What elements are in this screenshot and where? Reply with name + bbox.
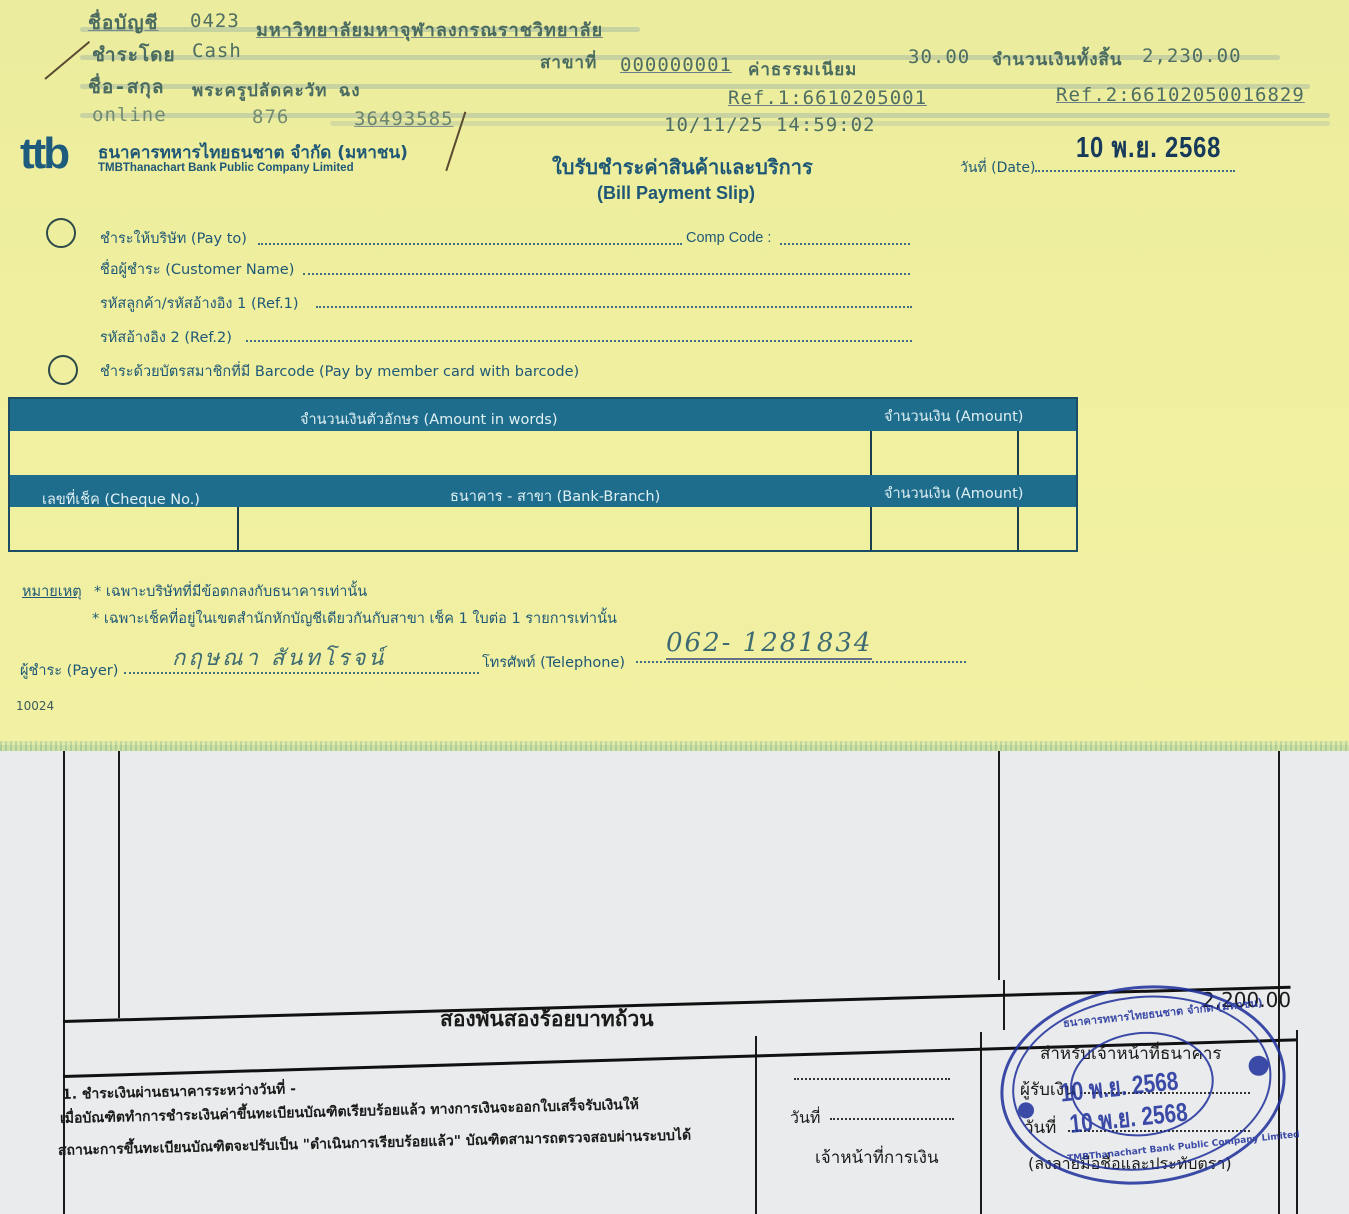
branch-label: สาขาที่: [540, 49, 597, 76]
comp-code-field[interactable]: [780, 243, 910, 245]
cheque-number-cell[interactable]: [10, 507, 237, 550]
instruction-1: 1. ชำระเงินผ่านธนาคารระหว่างวันที่ -: [62, 1078, 297, 1106]
note-2: * เฉพาะเช็คที่อยู่ในเขตสำนักหักบัญชีเดีย…: [92, 607, 617, 630]
amount-header-row: จำนวนเงินตัวอักษร (Amount in words) จำนว…: [10, 399, 1076, 431]
date-field[interactable]: [1035, 170, 1235, 172]
account-name: มหาวิทยาลัยมหาจุฬาลงกรณราชวิทยาลัย: [256, 15, 603, 44]
amount-words-cell[interactable]: [10, 431, 870, 475]
registration-invoice: สองพันสองร้อยบาทถ้วน 2,200.00 1. ชำระเงิ…: [0, 700, 1349, 1214]
amount-header-2: จำนวนเงิน (Amount): [884, 482, 1023, 505]
slip-title-thai: ใบรับชำระค่าสินค้าและบริการ: [552, 151, 813, 183]
instruction-3: สถานะการขึ้นทะเบียนบัณฑิตจะปรับเป็น "ดำเ…: [58, 1125, 692, 1162]
pay-to-field[interactable]: [258, 243, 682, 245]
account-label: ชื่อบัญชี: [88, 8, 158, 38]
member-card-radio[interactable]: [48, 355, 78, 385]
payer-name: พระครูปลัดคะวัท ฉง: [192, 77, 361, 104]
ttb-logo: ttb: [20, 134, 67, 174]
ref2-label: รหัสอ้างอิง 2 (Ref.2): [100, 326, 232, 349]
total-value: 2,230.00: [1142, 45, 1242, 67]
ref1-label: รหัสลูกค้า/รหัสอ้างอิง 1 (Ref.1): [100, 292, 299, 315]
ref2-printed: Ref.2:66102050016829: [1056, 84, 1305, 106]
ref1-field[interactable]: [316, 306, 912, 308]
finance-date-field[interactable]: [830, 1118, 954, 1120]
amount-header: จำนวนเงิน (Amount): [884, 405, 1023, 428]
customer-name-label: ชื่อผู้ชำระ (Customer Name): [100, 258, 294, 281]
bank-branch-cell[interactable]: [239, 507, 870, 550]
total-label: จำนวนเงินทั้งสิ้น: [992, 46, 1123, 73]
fee-value: 30.00: [908, 46, 970, 68]
note-label: หมายเหตุ: [22, 580, 82, 603]
form-number: 10024: [16, 699, 54, 713]
bank-branch-header: ธนาคาร - สาขา (Bank-Branch): [450, 485, 660, 508]
amount-in-words: สองพันสองร้อยบาทถ้วน: [440, 1003, 654, 1036]
transaction-number: 36493585: [354, 108, 454, 130]
finance-signature-field[interactable]: [794, 1078, 950, 1080]
member-card-label: ชำระด้วยบัตรสมาชิกที่มี Barcode (Pay by …: [100, 360, 579, 383]
amount-words-header: จำนวนเงินตัวอักษร (Amount in words): [300, 408, 557, 431]
comp-code-label: Comp Code :: [686, 230, 771, 246]
date-label: วันที่ (Date): [960, 157, 1036, 179]
cheque-header-row: เลขที่เช็ค (Cheque No.) ธนาคาร - สาขา (B…: [10, 475, 1076, 507]
branch-number: 000000001: [620, 54, 732, 76]
slip-title-english: (Bill Payment Slip): [597, 183, 755, 204]
amount-cell[interactable]: [872, 431, 1017, 475]
bank-stamp: ธนาคารทหารไทยธนชาต จำกัด (มหาชน) TMBThan…: [990, 972, 1295, 1199]
note-1: * เฉพาะบริษัทที่มีข้อตกลงกับธนาคารเท่านั…: [94, 580, 367, 603]
customer-name-field[interactable]: [303, 273, 910, 275]
pay-to-label: ชำระให้บริษัท (Pay to): [100, 227, 247, 250]
finance-officer-label: เจ้าหน้าที่การเงิน: [815, 1144, 939, 1171]
pay-by-label: ชำระโดย: [92, 40, 176, 70]
ref1-printed: Ref.1:6610205001: [728, 87, 927, 109]
teller-code: 876: [252, 106, 289, 128]
channel: online: [92, 104, 167, 126]
fee-label: ค่าธรรมเนียม: [748, 56, 857, 83]
account-number: 0423: [190, 10, 240, 32]
pay-to-radio[interactable]: [46, 218, 76, 248]
name-label: ชื่อ-สกุล: [88, 72, 165, 102]
telephone-label: โทรศัพท์ (Telephone): [482, 651, 625, 674]
telephone-field[interactable]: [636, 661, 966, 663]
print-datetime: 10/11/25 14:59:02: [664, 114, 875, 136]
cheque-amount-cell[interactable]: [872, 507, 1017, 550]
ref2-field[interactable]: [246, 340, 912, 342]
bank-name-english: TMBThanachart Bank Public Company Limite…: [98, 162, 354, 174]
bill-payment-slip: ชื่อบัญชี 0423 มหาวิทยาลัยมหาจุฬาลงกรณรา…: [0, 0, 1349, 751]
amount-table: จำนวนเงินตัวอักษร (Amount in words) จำนว…: [8, 397, 1078, 552]
telephone-value: 062- 1281834: [666, 628, 872, 660]
finance-date-label: วันที่: [790, 1106, 820, 1131]
payer-label: ผู้ชำระ (Payer): [20, 659, 118, 682]
payer-signature: กฤษณา สันทโรจน์: [172, 640, 386, 675]
pay-by-value: Cash: [192, 40, 242, 62]
pen-mark: [44, 41, 90, 80]
date-stamp: 10 พ.ย. 2568: [1076, 124, 1221, 170]
